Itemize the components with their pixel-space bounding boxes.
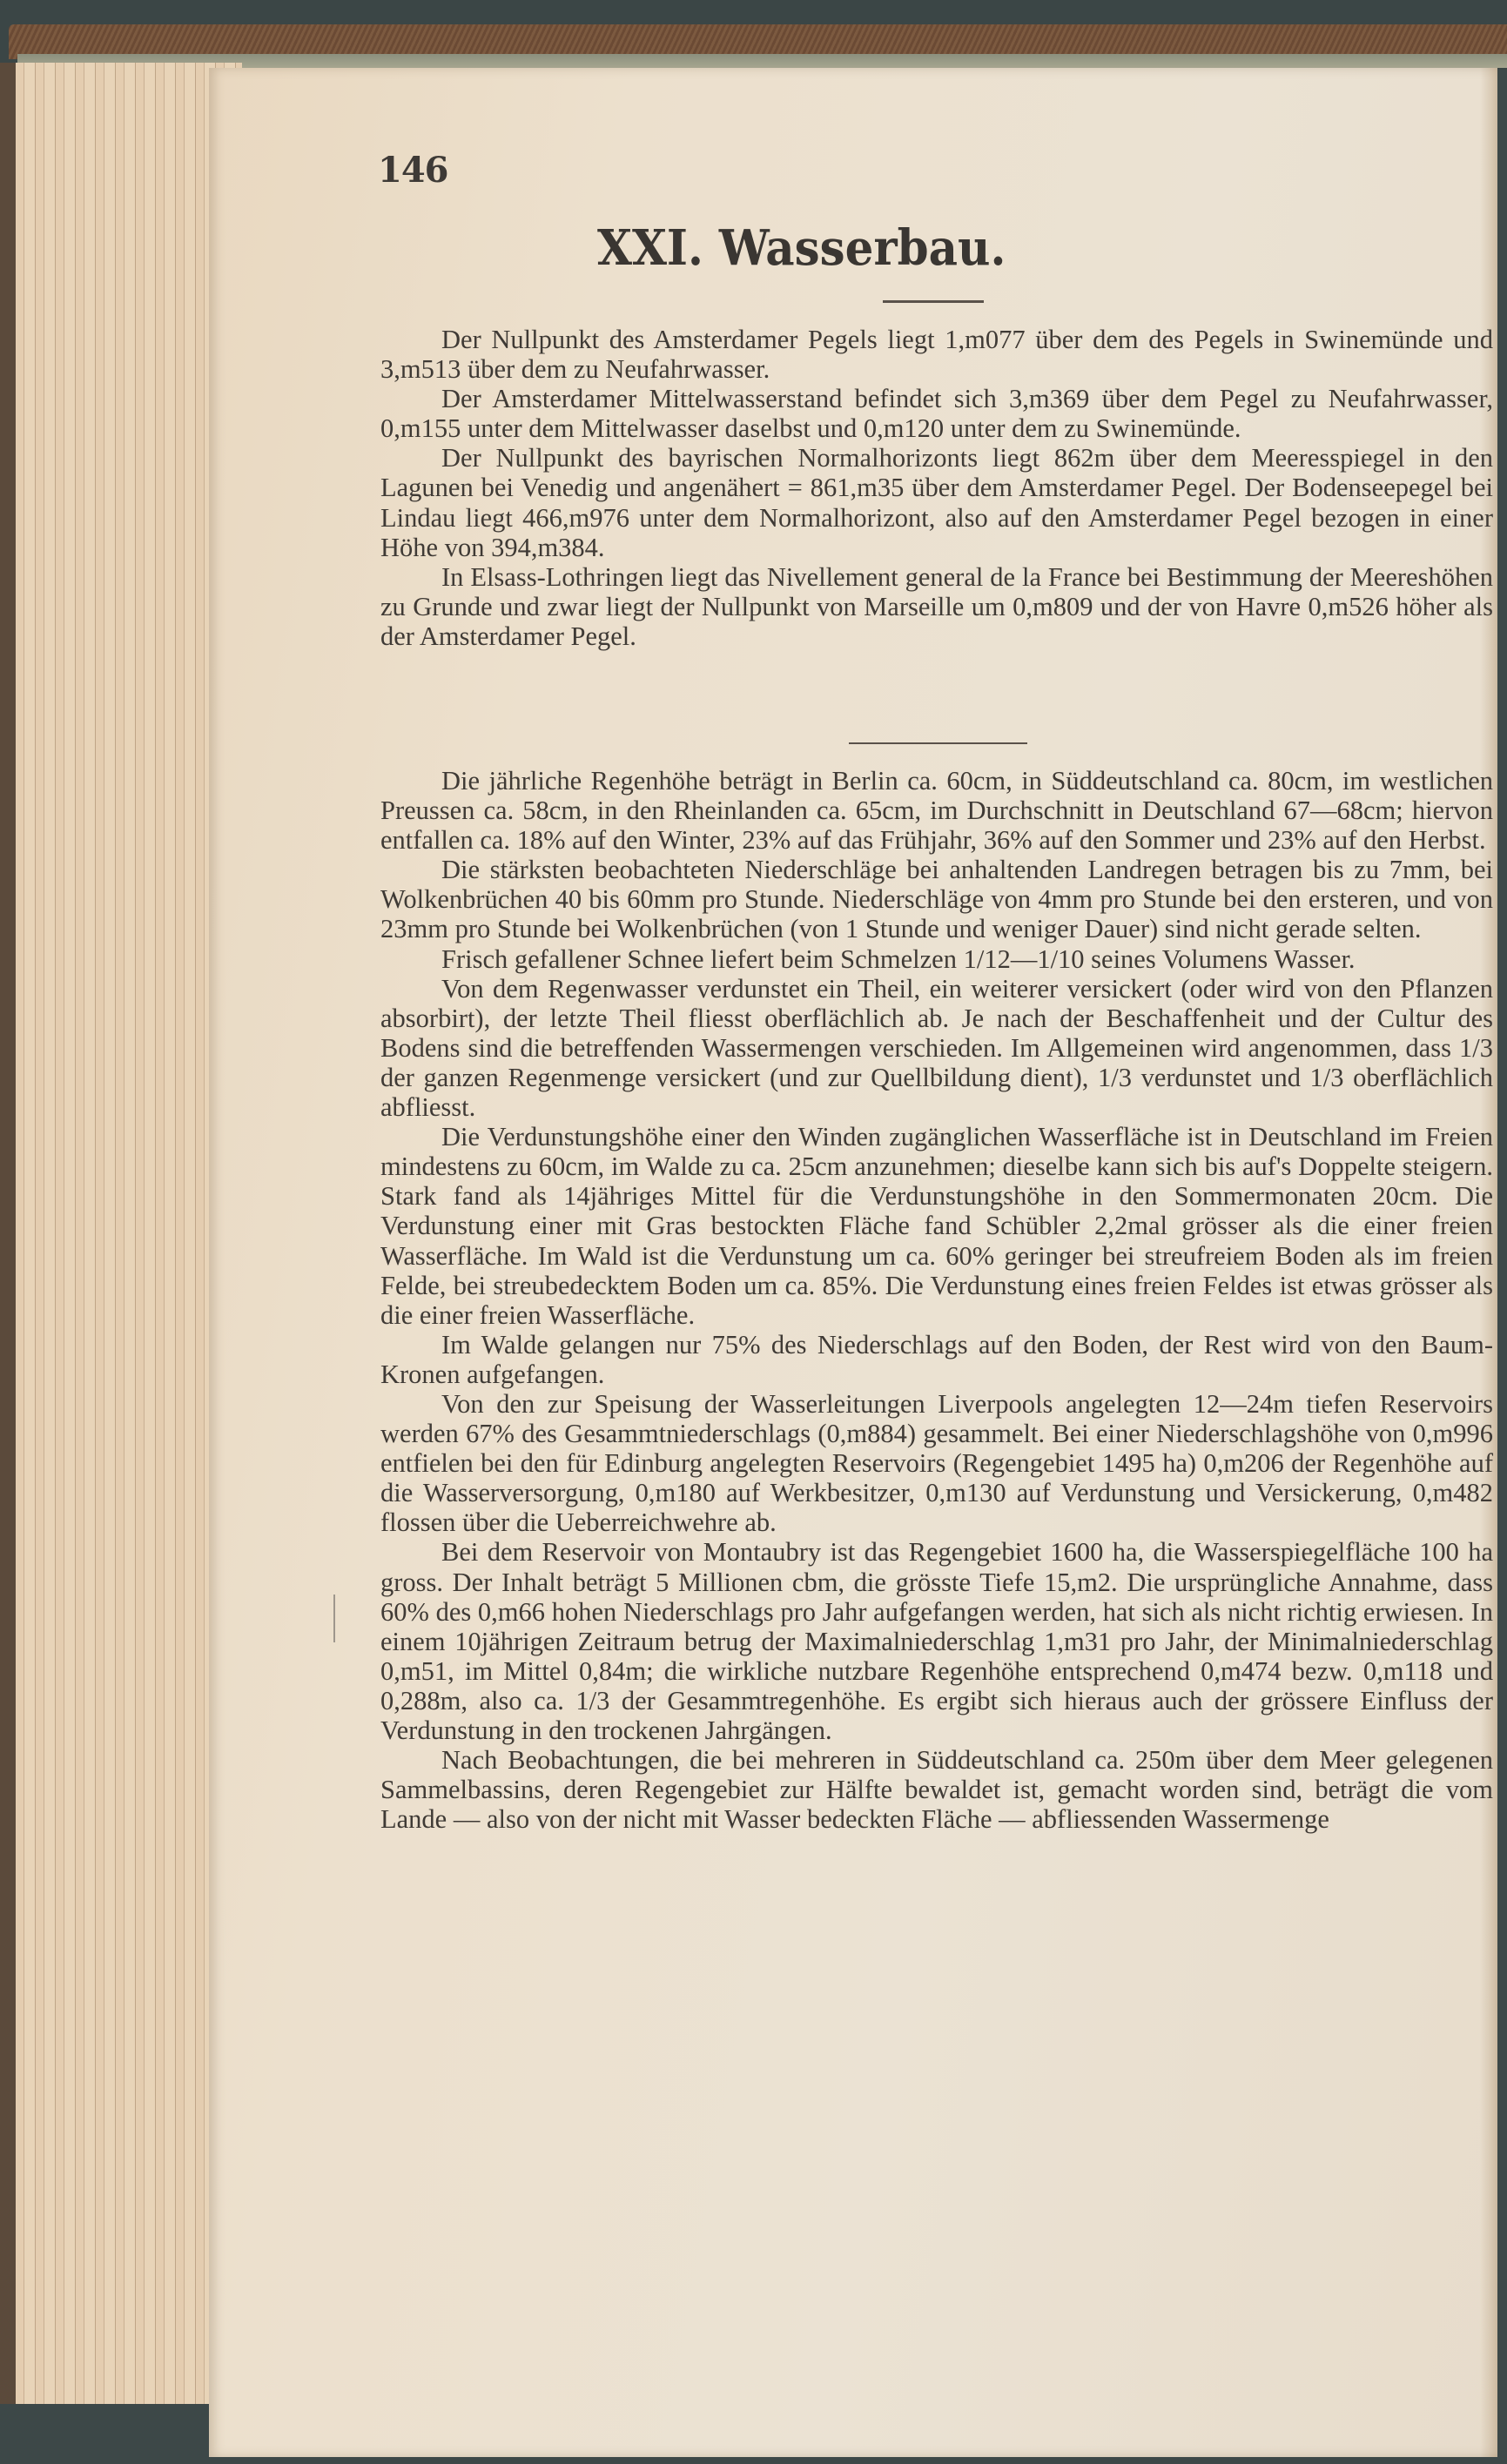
book-photo: 146 XXI. Wasserbau. Der Nullpunkt des Am… (0, 0, 1507, 2464)
paragraph: Der Nullpunkt des Amsterdamer Pegels lie… (380, 325, 1493, 384)
paragraph: Bei dem Reservoir von Montaubry ist das … (380, 1537, 1493, 1745)
paragraph: Der Amsterdamer Mittelwasserstand befind… (380, 384, 1493, 443)
paragraph: Von dem Regenwasser verdunstet ein Theil… (380, 974, 1493, 1122)
paragraph: In Elsass-Lothringen liegt das Nivelleme… (380, 562, 1493, 651)
paragraph: Die jährliche Regenhöhe beträgt in Berli… (380, 766, 1493, 855)
chapter-title: XXI. Wasserbau. (60, 219, 1447, 277)
paragraph: Von den zur Speisung der Wasserleitungen… (380, 1389, 1493, 1537)
paragraph: Die Verdunstungshöhe einer den Winden zu… (380, 1122, 1493, 1330)
page-number: 146 (378, 150, 448, 191)
paragraph: Frisch gefallener Schnee liefert beim Sc… (380, 944, 1493, 974)
paragraph: Die stärksten beobachteten Niederschläge… (380, 855, 1493, 943)
section-precipitation: Die jährliche Regenhöhe beträgt in Berli… (380, 766, 1493, 1834)
section-sea-level-references: Der Nullpunkt des Amsterdamer Pegels lie… (380, 325, 1493, 651)
title-divider (883, 300, 984, 303)
paragraph: Nach Beobachtungen, die bei mehreren in … (380, 1745, 1493, 1834)
section-divider (849, 742, 1027, 744)
page-stack-edge (0, 63, 242, 2404)
paragraph: Der Nullpunkt des bayrischen Normalhoriz… (380, 443, 1493, 561)
pencil-margin-mark (333, 1595, 335, 1642)
paragraph: Im Walde gelangen nur 75% des Niederschl… (380, 1330, 1493, 1389)
